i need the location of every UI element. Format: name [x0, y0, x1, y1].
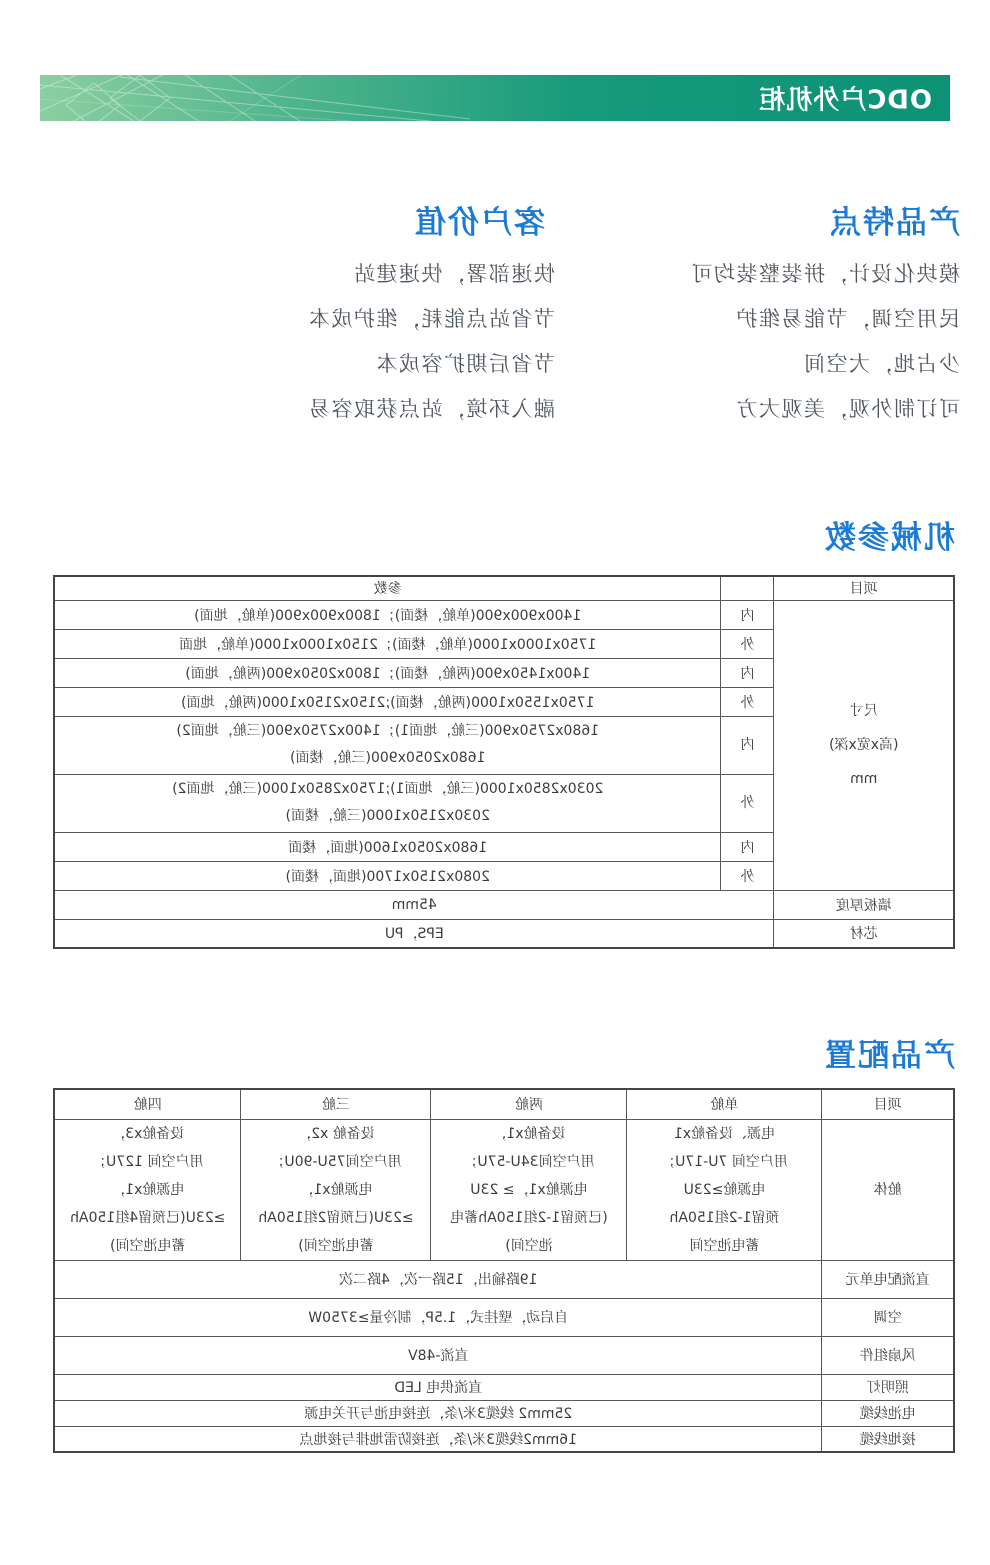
position-cell: 内 [721, 716, 774, 774]
param-cell: EPS，PU [54, 919, 774, 948]
document-page: ODC户外机柜 产品特点 模块化设计，拼装整装均可 民用空调，节能易维护 少占地… [0, 0, 990, 1565]
table-header-row: 项目 单舱 两舱 三舱 四舱 [54, 1089, 954, 1119]
position-cell: 内 [721, 600, 774, 629]
section-title-configuration: 产品配置 [823, 1030, 955, 1075]
section-title-features: 产品特点 [828, 197, 960, 242]
configuration-table: 项目 单舱 两舱 三舱 四舱 舱体 电源、设备舱x1 用户空间 7U-17U； … [53, 1088, 955, 1453]
title-banner: ODC户外机柜 [40, 75, 950, 121]
header-triple-cabin: 三舱 [241, 1089, 431, 1119]
section-title-mechanical: 机械参数 [823, 512, 955, 557]
feature-item: 少占地，大空间 [690, 342, 960, 387]
diagonal-lines-decoration [40, 75, 470, 121]
row-label-cell: 墙板厚度 [774, 890, 954, 919]
cabin-cell-double: 设备舱x1， 用户空间34U-57U； 电源舱x1，≥ 23U (已预留1-2组… [431, 1119, 627, 1260]
header-item: 项目 [774, 576, 954, 600]
header-param: 参数 [54, 576, 721, 600]
value-cell: 25mm2 线缆3米/条，连接电池与开关电源 [54, 1400, 822, 1426]
features-list: 模块化设计，拼装整装均可 民用空调，节能易维护 少占地，大空间 可订制外观，美观… [690, 252, 960, 432]
table-row: 舱体 电源、设备舱x1 用户空间 7U-17U； 电源舱≥23U 预留1-2组1… [54, 1119, 954, 1260]
position-cell: 内 [721, 832, 774, 861]
value-cell: 直流供电 LED [54, 1374, 822, 1400]
param-cell: 1750x1000x1000(单舱，楼面)；2150x1000x1000(单舱，… [54, 629, 721, 658]
position-cell: 内 [721, 658, 774, 687]
table-row: 墙板厚度 45mm [54, 890, 954, 919]
row-label-cell: 接地线缆 [822, 1426, 954, 1452]
param-cell: 1400x1450x900(两舱，楼面)；1800x2050x900(两舱，地面… [54, 658, 721, 687]
header-quad-cabin: 四舱 [54, 1089, 241, 1119]
table-row: 直流配电单元 19路输出，15路一次，4路二次 [54, 1260, 954, 1298]
table-row: 尺寸 (高x宽x深) mm 内 1400x900x900(单舱，楼面)；1800… [54, 600, 954, 629]
cabin-cell-single: 电源、设备舱x1 用户空间 7U-17U； 电源舱≥23U 预留1-2组150A… [627, 1119, 822, 1260]
feature-item: 可订制外观，美观大方 [690, 387, 960, 432]
table-header-row: 项目 参数 [54, 576, 954, 600]
header-inner-outer [721, 576, 774, 600]
size-label-cell: 尺寸 (高x宽x深) mm [774, 600, 954, 890]
mechanical-table: 项目 参数 尺寸 (高x宽x深) mm 内 1400x900x900(单舱，楼面… [53, 575, 955, 949]
table-row: 空调 自启动，壁挂式，1.5P，制冷量≥3750W [54, 1298, 954, 1336]
row-label-cell: 舱体 [822, 1119, 954, 1260]
size-label: 尺寸 (高x宽x深) mm [829, 703, 899, 787]
param-cell: 45mm [54, 890, 774, 919]
value-list: 快速部署，快速建站 节省站点能耗，维护成本 节省后期扩容成本 融入环境，站点获取… [308, 252, 556, 432]
param-cell: 1750x1550x1000(两舱，楼面);2150x2150x1000(两舱，… [54, 687, 721, 716]
param-cell: 1680x2050x1600(地面，楼面 [54, 832, 721, 861]
row-label-cell: 电池线缆 [822, 1400, 954, 1426]
table-row: 风扇组件 直流-48V [54, 1336, 954, 1374]
header-double-cabin: 两舱 [431, 1089, 627, 1119]
feature-item: 模块化设计，拼装整装均可 [690, 252, 960, 297]
position-cell: 外 [721, 861, 774, 890]
value-item: 节省后期扩容成本 [308, 342, 556, 387]
page-title: ODC户外机柜 [758, 80, 932, 117]
position-cell: 外 [721, 687, 774, 716]
row-label-cell: 风扇组件 [822, 1336, 954, 1374]
position-cell: 外 [721, 629, 774, 658]
value-cell: 16mm2线缆3米/条，连接防雷地排与接地点 [54, 1426, 822, 1452]
cabin-cell-triple: 设备舱 x2， 用户空间75U-90U； 电源舱x1， ≥23U(已预留2组15… [241, 1119, 431, 1260]
param-cell: 1400x900x900(单舱，楼面)；1800x900x900(单舱，地面) [54, 600, 721, 629]
value-cell: 自启动，壁挂式，1.5P，制冷量≥3750W [54, 1298, 822, 1336]
position-cell: 外 [721, 774, 774, 832]
header-item: 项目 [822, 1089, 954, 1119]
param-cell: 2080x2150x1700(地面，楼面) [54, 861, 721, 890]
row-label-cell: 空调 [822, 1298, 954, 1336]
cabin-cell-quad: 设备舱x3， 用户空间 127U； 电源舱x1， ≥23U(已预留4组150Ah… [54, 1119, 241, 1260]
value-cell: 19路输出，15路一次，4路二次 [54, 1260, 822, 1298]
section-title-value: 客户价值 [413, 197, 545, 242]
row-label-cell: 芯材 [774, 919, 954, 948]
table-row: 照明灯 直流供电 LED [54, 1374, 954, 1400]
value-item: 融入环境，站点获取容易 [308, 387, 556, 432]
table-row: 芯材 EPS，PU [54, 919, 954, 948]
param-cell: 2030x2850x1000(三舱，地面1);1750x2850x1000(三舱… [54, 774, 721, 832]
table-row: 电池线缆 25mm2 线缆3米/条，连接电池与开关电源 [54, 1400, 954, 1426]
value-item: 快速部署，快速建站 [308, 252, 556, 297]
table-row: 接地线缆 16mm2线缆3米/条，连接防雷地排与接地点 [54, 1426, 954, 1452]
row-label-cell: 直流配电单元 [822, 1260, 954, 1298]
param-cell: 1680x2750x900(三舱，地面1)；1400x2750x900(三舱，地… [54, 716, 721, 774]
value-cell: 直流-48V [54, 1336, 822, 1374]
value-item: 节省站点能耗，维护成本 [308, 297, 556, 342]
row-label-cell: 照明灯 [822, 1374, 954, 1400]
feature-item: 民用空调，节能易维护 [690, 297, 960, 342]
header-single-cabin: 单舱 [627, 1089, 822, 1119]
